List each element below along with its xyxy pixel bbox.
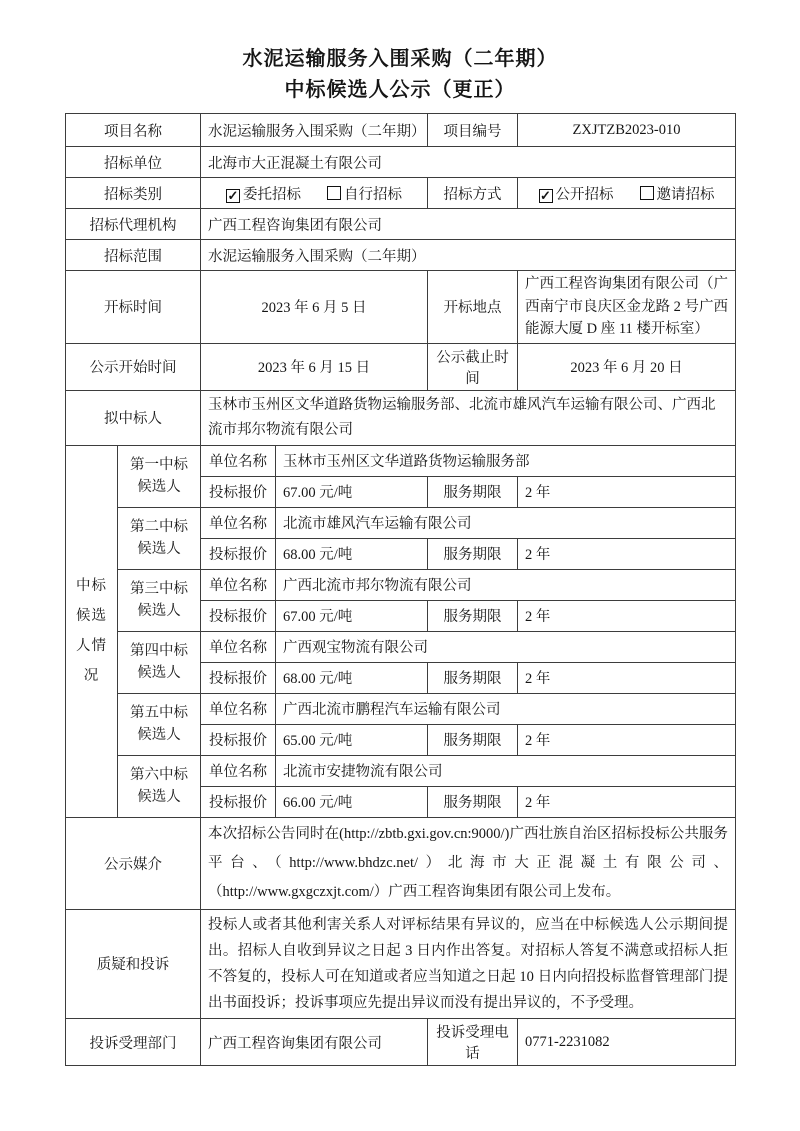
checkbox-checked-icon: ✓ [226, 189, 240, 203]
bid-price-label: 投标报价 [201, 786, 276, 817]
candidate-3-unit-name: 广西北流市邦尔物流有限公司 [276, 569, 736, 600]
candidate-4-service-term: 2 年 [518, 662, 736, 693]
scope-value: 水泥运输服务入围采购（二年期） [201, 240, 736, 271]
publicity-start-value: 2023 年 6 月 15 日 [201, 343, 428, 390]
project-no-label: 项目编号 [428, 114, 518, 147]
candidates-section-label: 中标候选人情况 [66, 445, 118, 817]
candidate-5-service-term: 2 年 [518, 724, 736, 755]
complaint-dept-value: 广西工程咨询集团有限公司 [201, 1019, 428, 1066]
scope-label: 招标范围 [66, 240, 201, 271]
proposed-winner-value: 玉林市玉州区文华道路货物运输服务部、北流市雄风汽车运输有限公司、广西北流市邦尔物… [201, 390, 736, 445]
agency-label: 招标代理机构 [66, 209, 201, 240]
candidate-4-bid-price: 68.00 元/吨 [276, 662, 428, 693]
publicity-end-value: 2023 年 6 月 20 日 [518, 343, 736, 390]
tender-category-options: ✓委托招标自行招标 [201, 178, 428, 209]
publicity-start-label: 公示开始时间 [66, 343, 201, 390]
unit-name-label: 单位名称 [201, 693, 276, 724]
candidate-1-bid-price: 67.00 元/吨 [276, 476, 428, 507]
candidate-6-bid-price: 66.00 元/吨 [276, 786, 428, 817]
checkbox-unchecked-icon [640, 186, 654, 200]
bid-announcement-table: 项目名称 水泥运输服务入围采购（二年期） 项目编号 ZXJTZB2023-010… [65, 113, 736, 1066]
project-name-label: 项目名称 [66, 114, 201, 147]
unit-name-label: 单位名称 [201, 507, 276, 538]
option-label: 自行招标 [344, 187, 402, 203]
candidate-6-unit-name: 北流市安捷物流有限公司 [276, 755, 736, 786]
agency-value: 广西工程咨询集团有限公司 [201, 209, 736, 240]
checkbox-unchecked-icon [327, 186, 341, 200]
candidate-2-rank: 第二中标候选人 [118, 507, 201, 569]
bid-open-place-label: 开标地点 [428, 271, 518, 344]
candidate-6-rank: 第六中标候选人 [118, 755, 201, 817]
bid-price-label: 投标报价 [201, 600, 276, 631]
unit-name-label: 单位名称 [201, 755, 276, 786]
document-title: 水泥运输服务入围采购（二年期） 中标候选人公示（更正） [0, 0, 800, 106]
option-entrusted: ✓委托招标 [226, 183, 301, 204]
option-label: 委托招标 [243, 187, 301, 203]
publicity-end-label: 公示截止时间 [428, 343, 518, 390]
complaint-phone-value: 0771-2231082 [518, 1019, 736, 1066]
service-term-label: 服务期限 [428, 662, 518, 693]
candidate-5-bid-price: 65.00 元/吨 [276, 724, 428, 755]
bid-price-label: 投标报价 [201, 662, 276, 693]
candidate-4-rank: 第四中标候选人 [118, 631, 201, 693]
tender-unit-label: 招标单位 [66, 147, 201, 178]
unit-name-label: 单位名称 [201, 569, 276, 600]
candidate-6-service-term: 2 年 [518, 786, 736, 817]
candidate-2-bid-price: 68.00 元/吨 [276, 538, 428, 569]
bid-price-label: 投标报价 [201, 476, 276, 507]
service-term-label: 服务期限 [428, 724, 518, 755]
candidate-2-service-term: 2 年 [518, 538, 736, 569]
bid-open-place-value: 广西工程咨询集团有限公司（广西南宁市良庆区金龙路 2 号广西能源大厦 D 座 1… [518, 271, 736, 344]
candidate-5-unit-name: 广西北流市鹏程汽车运输有限公司 [276, 693, 736, 724]
page-title-line1: 水泥运输服务入围采购（二年期） [0, 44, 800, 75]
candidate-3-rank: 第三中标候选人 [118, 569, 201, 631]
project-name-value: 水泥运输服务入围采购（二年期） [201, 114, 428, 147]
service-term-label: 服务期限 [428, 786, 518, 817]
publicity-media-value: 本次招标公告同时在(http://zbtb.gxi.gov.cn:9000/)广… [201, 817, 736, 909]
complaint-dept-label: 投诉受理部门 [66, 1019, 201, 1066]
objection-label: 质疑和投诉 [66, 909, 201, 1019]
complaint-phone-label: 投诉受理电话 [428, 1019, 518, 1066]
unit-name-label: 单位名称 [201, 631, 276, 662]
bid-open-time-label: 开标时间 [66, 271, 201, 344]
candidate-1-unit-name: 玉林市玉州区文华道路货物运输服务部 [276, 445, 736, 476]
option-open: ✓公开招标 [539, 183, 614, 204]
tender-method-options: ✓公开招标邀请招标 [518, 178, 736, 209]
option-label: 公开招标 [556, 187, 614, 203]
candidate-3-bid-price: 67.00 元/吨 [276, 600, 428, 631]
bid-open-time-value: 2023 年 6 月 5 日 [201, 271, 428, 344]
candidate-2-unit-name: 北流市雄风汽车运输有限公司 [276, 507, 736, 538]
page-title-line2: 中标候选人公示（更正） [0, 75, 800, 106]
publicity-media-label: 公示媒介 [66, 817, 201, 909]
unit-name-label: 单位名称 [201, 445, 276, 476]
bid-price-label: 投标报价 [201, 538, 276, 569]
candidate-1-rank: 第一中标候选人 [118, 445, 201, 507]
tender-category-label: 招标类别 [66, 178, 201, 209]
candidate-4-unit-name: 广西观宝物流有限公司 [276, 631, 736, 662]
candidate-5-rank: 第五中标候选人 [118, 693, 201, 755]
objection-value: 投标人或者其他利害关系人对评标结果有异议的，应当在中标候选人公示期间提出。招标人… [201, 909, 736, 1019]
project-no-value: ZXJTZB2023-010 [518, 114, 736, 147]
service-term-label: 服务期限 [428, 600, 518, 631]
option-invite: 邀请招标 [640, 183, 715, 204]
option-self: 自行招标 [327, 183, 402, 204]
bid-price-label: 投标报价 [201, 724, 276, 755]
candidate-1-service-term: 2 年 [518, 476, 736, 507]
candidate-3-service-term: 2 年 [518, 600, 736, 631]
tender-unit-value: 北海市大正混凝土有限公司 [201, 147, 736, 178]
proposed-winner-label: 拟中标人 [66, 390, 201, 445]
checkbox-checked-icon: ✓ [539, 189, 553, 203]
service-term-label: 服务期限 [428, 476, 518, 507]
tender-method-label: 招标方式 [428, 178, 518, 209]
option-label: 邀请招标 [657, 187, 715, 203]
service-term-label: 服务期限 [428, 538, 518, 569]
